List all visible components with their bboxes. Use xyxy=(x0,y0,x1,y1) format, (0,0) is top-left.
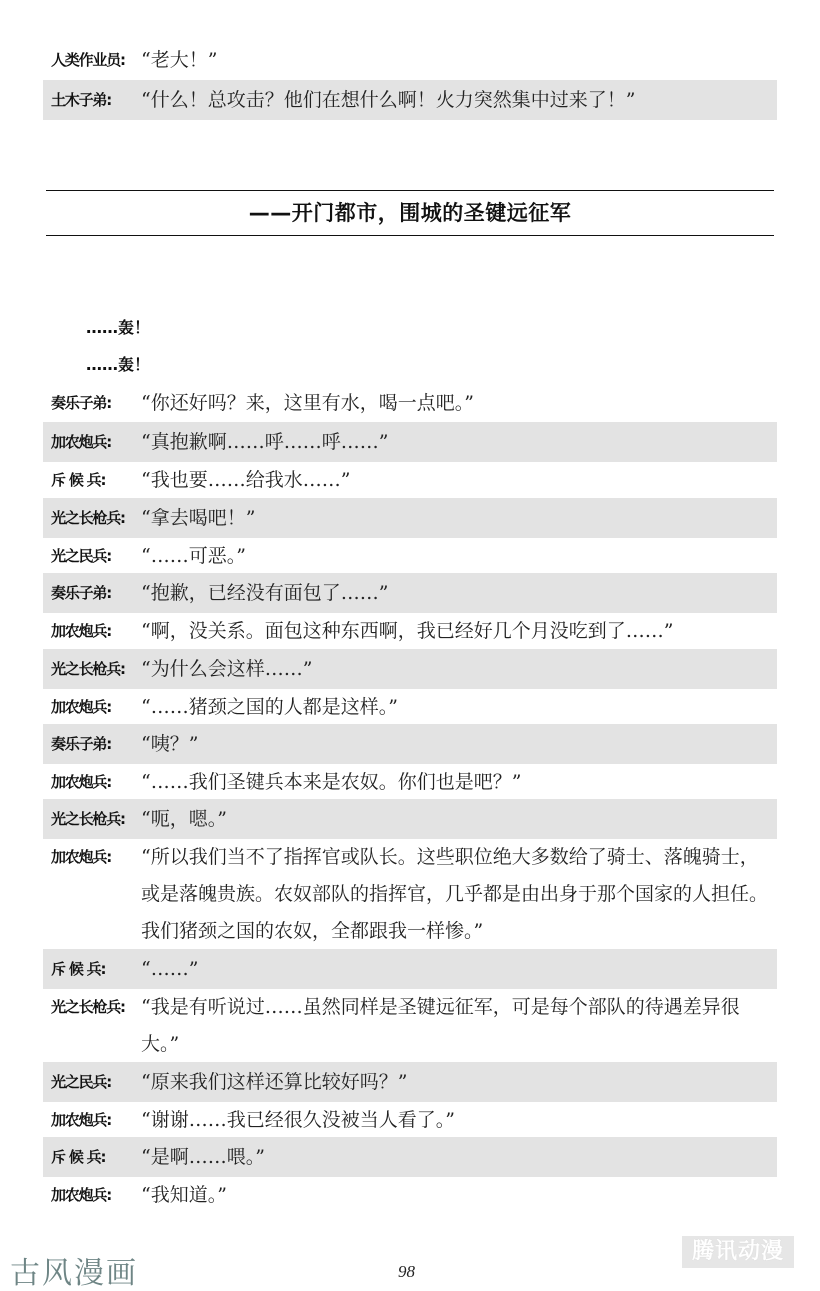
speaker-name: 加农炮兵: xyxy=(43,1102,141,1139)
dialogue-line: “啊，没关系。面包这种东西啊，我已经好几个月没吃到了……” xyxy=(141,613,777,650)
dialogue-line: “拿去喝吧！” xyxy=(141,498,777,538)
section-title-block: ——开门都市，围城的圣键远征军 xyxy=(46,190,774,236)
speaker-name: 光之长枪兵: xyxy=(43,989,141,1026)
speaker-name: 光之民兵: xyxy=(43,538,141,575)
dialogue-row: 加农炮兵: “……猪颈之国的人都是这样。” xyxy=(43,689,777,724)
sound-effect: ……轰！ xyxy=(86,313,150,343)
speaker-name: 光之长枪兵: xyxy=(43,649,141,689)
dialogue-line: “是啊……喂。” xyxy=(141,1137,777,1177)
dialogue-row: 加农炮兵: “……我们圣键兵本来是农奴。你们也是吧？” xyxy=(43,764,777,799)
dialogue-line: “所以我们当不了指挥官或队长。这些职位绝大多数给了骑士、落魄骑士，或是落魄贵族。… xyxy=(141,839,777,950)
speaker-name: 加农炮兵: xyxy=(43,689,141,726)
speaker-name: 奏乐子弟: xyxy=(43,385,141,422)
section-title: ——开门都市，围城的圣键远征军 xyxy=(249,201,572,225)
dialogue-row: 土木子弟: “什么！总攻击？他们在想什么啊！火力突然集中过来了！” xyxy=(43,80,777,120)
dialogue-line: “我也要……给我水……” xyxy=(141,462,777,499)
dialogue-line: “为什么会这样……” xyxy=(141,649,777,689)
speaker-name: 光之民兵: xyxy=(43,1062,141,1102)
dialogue-line: “……” xyxy=(141,949,777,989)
speaker-name: 加农炮兵: xyxy=(43,613,141,650)
dialogue-line: “呃，嗯。” xyxy=(141,799,777,839)
dialogue-row: 斥 候 兵: “……” xyxy=(43,949,777,989)
dialogue-row: 光之民兵: “……可恶。” xyxy=(43,538,777,573)
dialogue-line: “抱歉，已经没有面包了……” xyxy=(141,573,777,613)
speaker-name: 人类作业员: xyxy=(43,42,141,79)
dialogue-line: “……猪颈之国的人都是这样。” xyxy=(141,689,777,726)
speaker-name: 斥 候 兵: xyxy=(43,462,141,499)
speaker-name: 加农炮兵: xyxy=(43,1177,141,1214)
dialogue-row: 斥 候 兵: “我也要……给我水……” xyxy=(43,462,777,498)
dialogue-line: “你还好吗？来，这里有水，喝一点吧。” xyxy=(141,385,777,422)
dialogue-row: 加农炮兵: “所以我们当不了指挥官或队长。这些职位绝大多数给了骑士、落魄骑士，或… xyxy=(43,839,777,949)
dialogue-line: “真抱歉啊……呼……呼……” xyxy=(141,422,777,462)
dialogue-line: “老大！” xyxy=(141,42,777,79)
dialogue-row: 人类作业员: “老大！” xyxy=(43,42,777,79)
dialogue-row: 加农炮兵: “真抱歉啊……呼……呼……” xyxy=(43,422,777,462)
dialogue-row: 奏乐子弟: “你还好吗？来，这里有水，喝一点吧。” xyxy=(43,385,777,422)
speaker-name: 奏乐子弟: xyxy=(43,724,141,764)
dialogue-row: 光之长枪兵: “呃，嗯。” xyxy=(43,799,777,839)
dialogue-row: 斥 候 兵: “是啊……喂。” xyxy=(43,1137,777,1177)
dialogue-row: 光之长枪兵: “我是有听说过……虽然同样是圣键远征军，可是每个部队的待遇差异很大… xyxy=(43,989,777,1062)
dialogue-row: 加农炮兵: “谢谢……我已经很久没被当人看了。” xyxy=(43,1102,777,1137)
speaker-name: 土木子弟: xyxy=(43,80,141,120)
dialogue-line: “什么！总攻击？他们在想什么啊！火力突然集中过来了！” xyxy=(141,80,777,120)
dialogue-row: 光之民兵: “原来我们这样还算比较好吗？” xyxy=(43,1062,777,1102)
dialogue-line: “……我们圣键兵本来是农奴。你们也是吧？” xyxy=(141,764,777,801)
dialogue-line: “谢谢……我已经很久没被当人看了。” xyxy=(141,1102,777,1139)
speaker-name: 加农炮兵: xyxy=(43,839,141,876)
dialogue-line: “我是有听说过……虽然同样是圣键远征军，可是每个部队的待遇差异很大。” xyxy=(141,989,777,1063)
dialogue-line: “原来我们这样还算比较好吗？” xyxy=(141,1062,777,1102)
speaker-name: 光之长枪兵: xyxy=(43,799,141,839)
speaker-name: 光之长枪兵: xyxy=(43,498,141,538)
watermark-left: 古风漫画 xyxy=(10,1248,138,1291)
page-number: 98 xyxy=(398,1262,415,1282)
speaker-name: 奏乐子弟: xyxy=(43,573,141,613)
sound-effect: ……轰！ xyxy=(86,350,150,380)
dialogue-line: “我知道。” xyxy=(141,1177,777,1214)
dialogue-row: 光之长枪兵: “为什么会这样……” xyxy=(43,649,777,689)
speaker-name: 斥 候 兵: xyxy=(43,949,141,989)
dialogue-row: 加农炮兵: “啊，没关系。面包这种东西啊，我已经好几个月没吃到了……” xyxy=(43,613,777,649)
dialogue-row: 光之长枪兵: “拿去喝吧！” xyxy=(43,498,777,538)
dialogue-row: 奏乐子弟: “咦？” xyxy=(43,724,777,764)
speaker-name: 加农炮兵: xyxy=(43,422,141,462)
dialogue-line: “……可恶。” xyxy=(141,538,777,575)
watermark-right: 腾讯动漫 xyxy=(682,1236,794,1268)
dialogue-row: 加农炮兵: “我知道。” xyxy=(43,1177,777,1213)
speaker-name: 加农炮兵: xyxy=(43,764,141,801)
speaker-name: 斥 候 兵: xyxy=(43,1137,141,1177)
dialogue-row: 奏乐子弟: “抱歉，已经没有面包了……” xyxy=(43,573,777,613)
dialogue-line: “咦？” xyxy=(141,724,777,764)
